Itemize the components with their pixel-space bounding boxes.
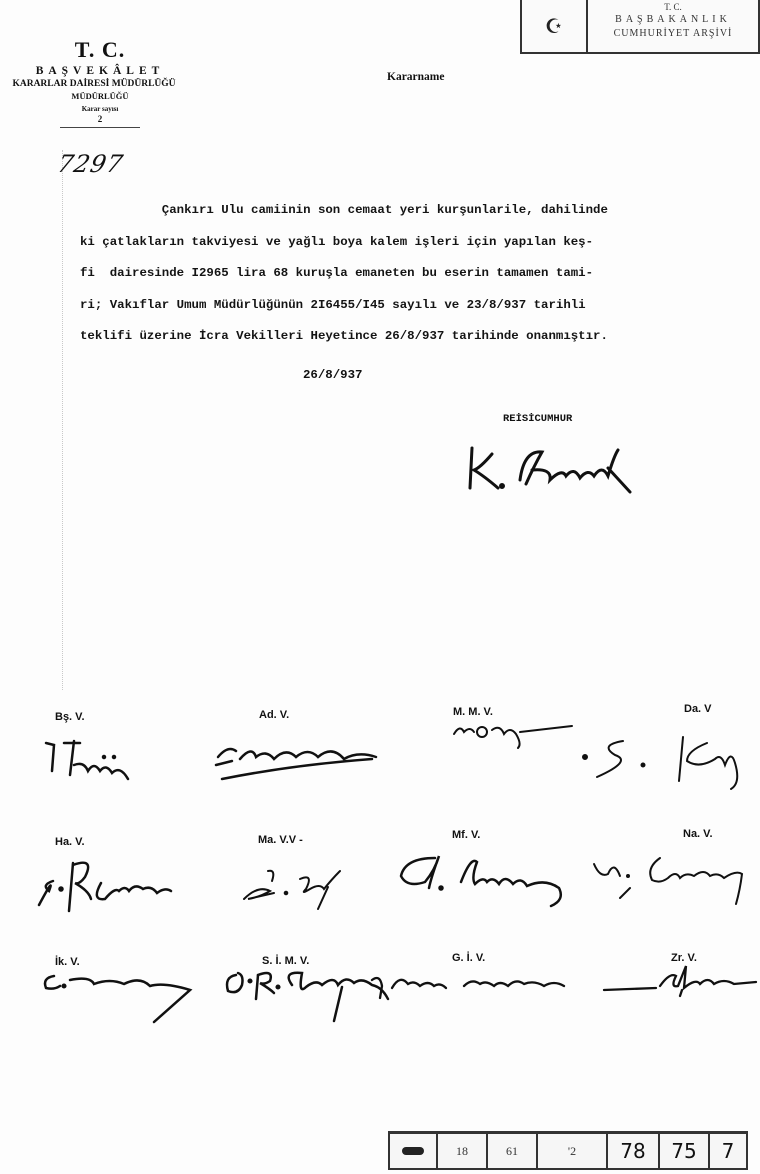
minister-signature [35,855,195,920]
minister-signature [368,970,598,1005]
minister-signature [395,848,575,913]
reference-cell: 7 [710,1134,746,1168]
minister-label: Bş. V. [55,711,85,723]
reference-cell: 18 [438,1134,488,1168]
reference-cell: '2 [538,1134,608,1168]
stamp-line-1: T. C. [588,2,758,13]
minister-label: G. İ. V. [452,952,485,964]
office-title: BAŞVEKÂLET [0,64,200,78]
fold-line [62,150,63,690]
president-title: REİSİCUMHUR [503,413,572,425]
archive-stamp: ☪ T. C. BAŞBAKANLIK CUMHURİYET ARŞİVİ [520,0,760,54]
president-signature [462,440,642,500]
stamp-line-3: CUMHURİYET ARŞİVİ [588,27,758,41]
minister-label: Ma. V.V - [258,834,303,846]
body-line: ri; Vakıflar Umum Müdürlüğünün 2I6455/I4… [80,295,760,327]
minister-label: Da. V [684,703,712,715]
decision-count-label: Karar sayısı [0,104,200,114]
decree-body: Çankırı Ulu camiinin son cemaat yeri kur… [80,200,760,358]
reference-cell: 78 [608,1134,660,1168]
minister-signature [600,962,760,1007]
reference-cell: 61 [488,1134,538,1168]
minister-signature [452,720,572,755]
minister-label: Mf. V. [452,829,480,841]
letterhead: T. C. BAŞVEKÂLET KARARLAR DAİRESİ MÜDÜRL… [0,38,200,128]
minister-signature [40,970,200,1035]
body-line: teklifi üzerine İcra Vekilleri Heyetince… [80,326,760,358]
sub-department-title: MÜDÜRLÜĞÜ [0,90,200,102]
decree-date: 26/8/937 [303,368,363,382]
body-line: Çankırı Ulu camiinin son cemaat yeri kur… [80,200,760,232]
minister-signature [40,735,150,795]
reference-cell: 75 [660,1134,710,1168]
reference-cell [390,1134,438,1168]
redaction-blot [402,1147,424,1155]
minister-signature [212,735,382,790]
header-rule [60,127,140,128]
minister-signature [575,725,755,800]
minister-signature [590,850,760,910]
minister-label: Ha. V. [55,836,85,848]
crescent-star-icon: ☪ [522,0,588,52]
department-title: KARARLAR DAİRESİ MÜDÜRLÜĞÜ [0,78,200,90]
document-type: Kararname [387,71,444,83]
body-line: fi dairesinde I2965 lira 68 kuruşla eman… [80,263,760,295]
stamp-line-2: BAŞBAKANLIK [588,13,758,27]
body-line: ki çatlakların takviyesi ve yağlı boya k… [80,232,760,264]
minister-label: Ad. V. [259,709,289,721]
state-title: T. C. [0,38,200,62]
minister-label: İk. V. [55,956,80,968]
minister-label: M. M. V. [453,706,493,718]
handwritten-number: 7297 [55,150,126,178]
decision-count: 2 [0,114,200,124]
minister-signature [240,865,360,915]
minister-label: Na. V. [683,828,713,840]
archive-reference-strip: 18 61 '2 78 75 7 [388,1131,748,1170]
